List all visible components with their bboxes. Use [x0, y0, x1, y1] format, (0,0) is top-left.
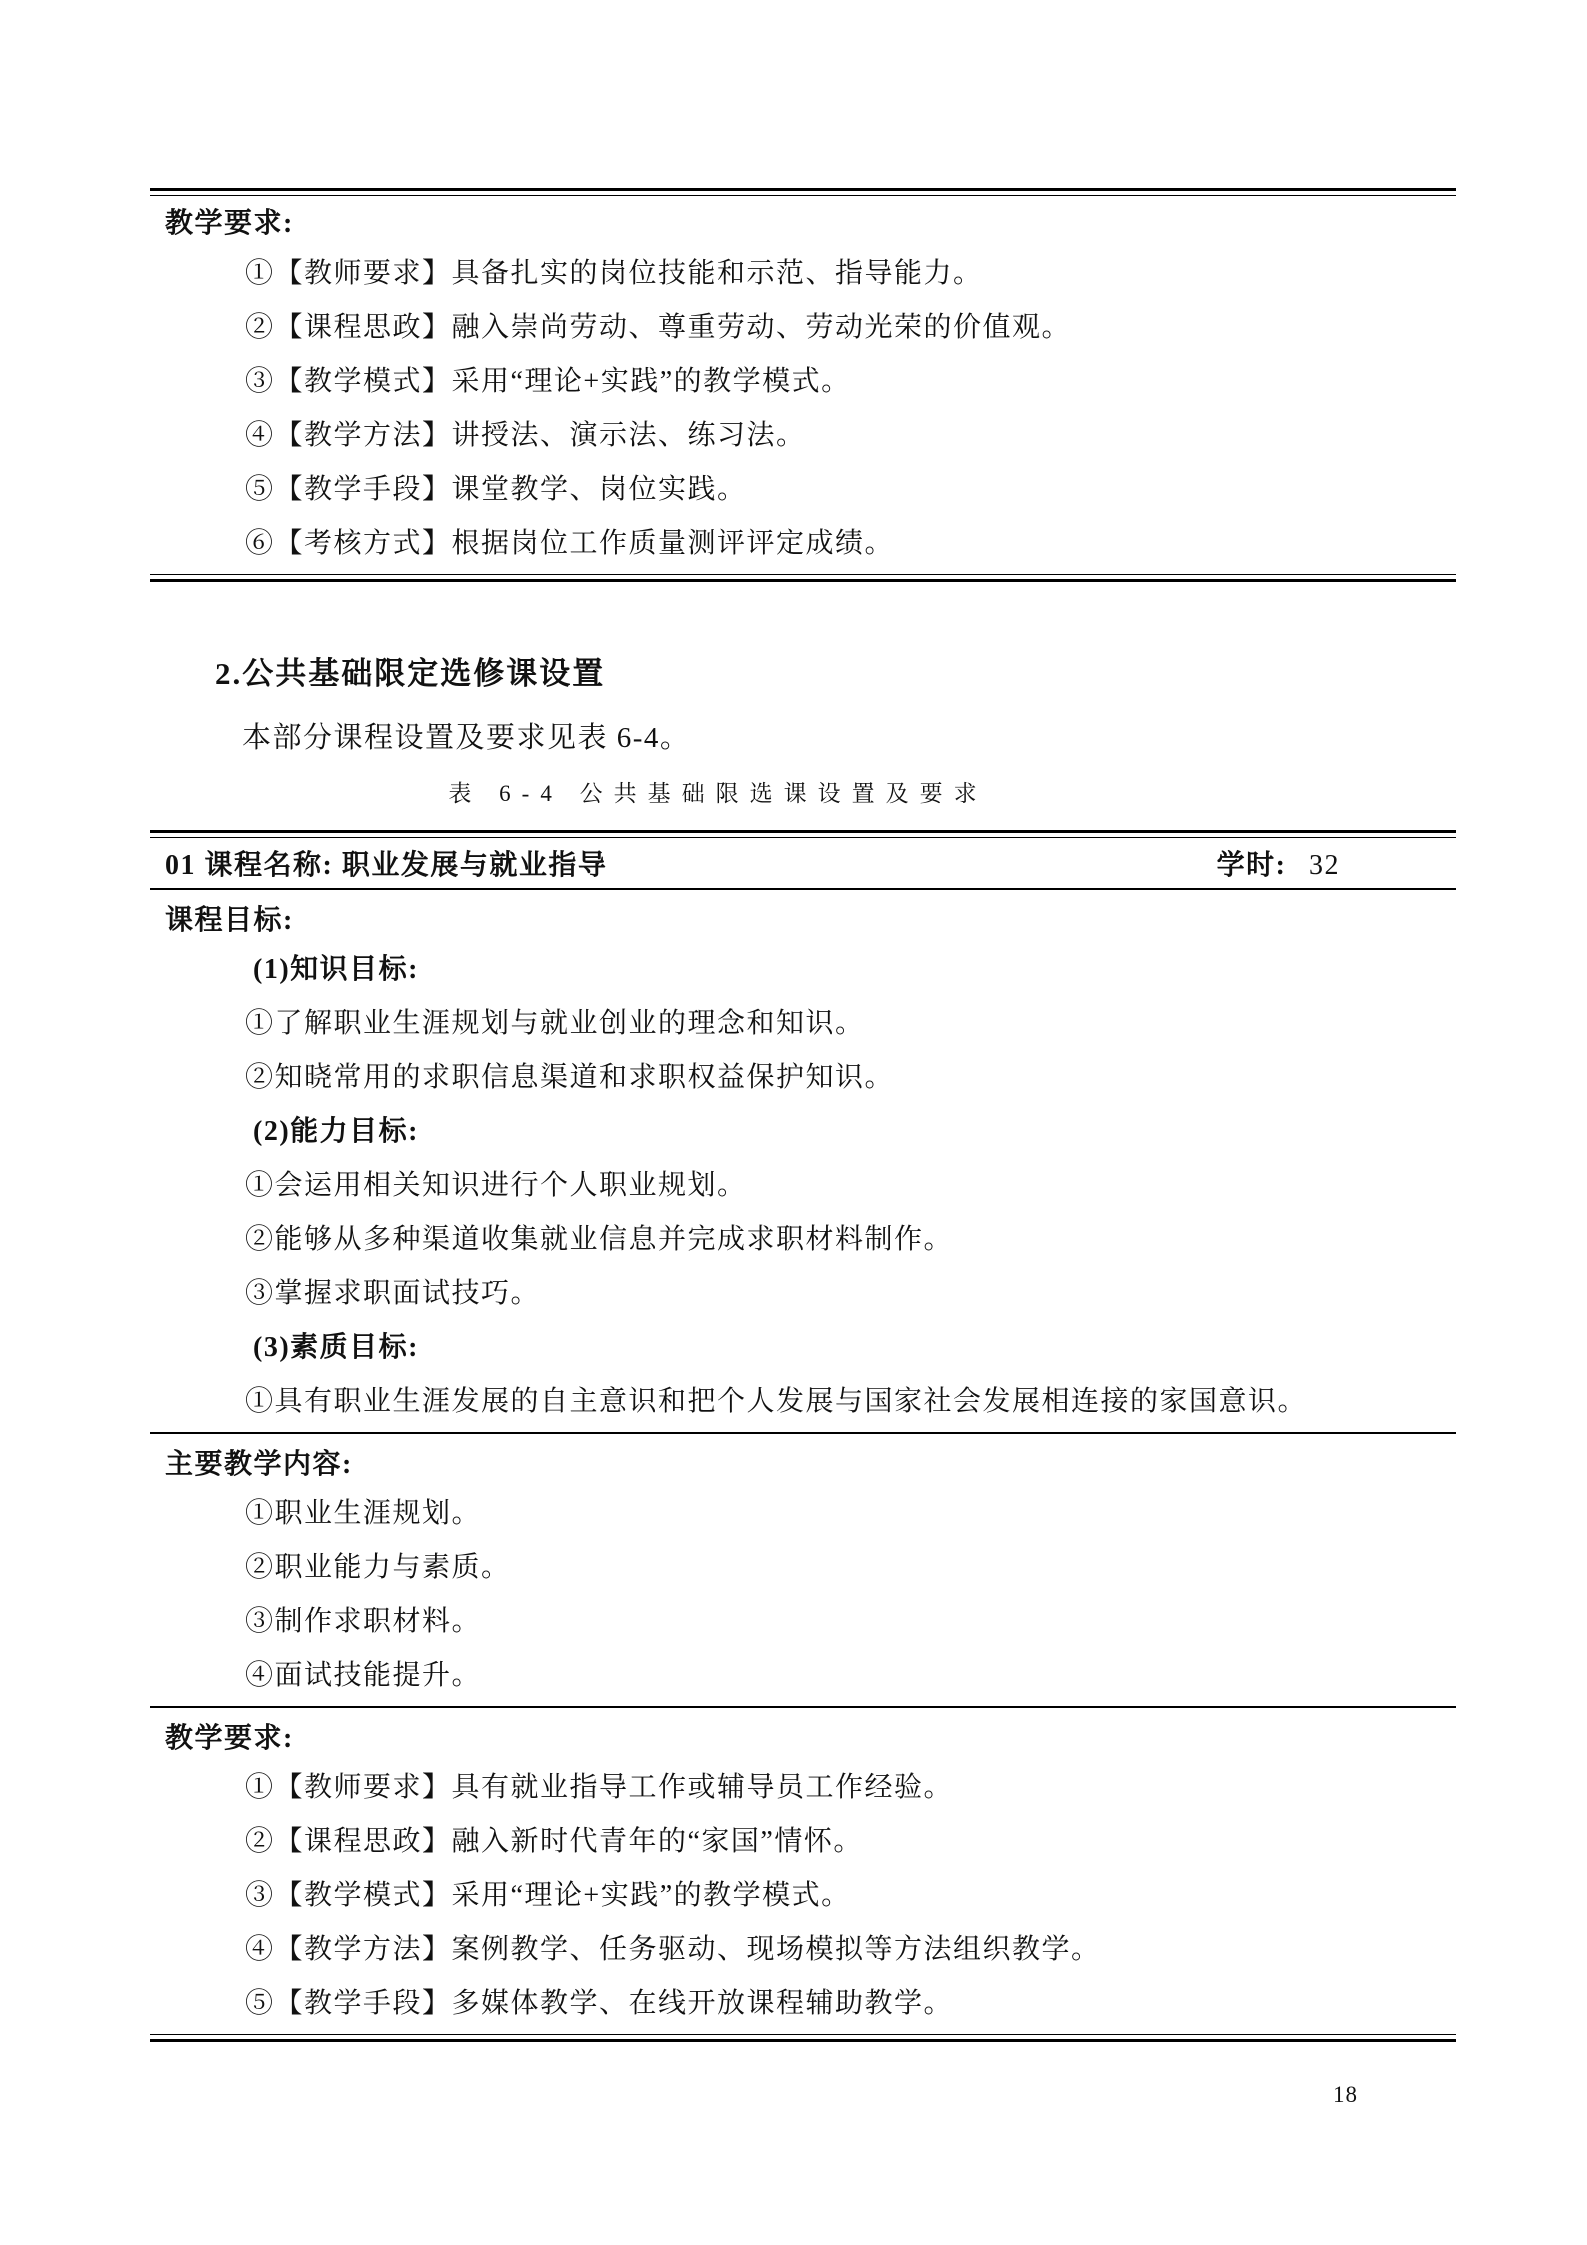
course-label: 01 课程名称:	[165, 850, 333, 881]
list-item: ⑤【教学手段】多媒体教学、在线开放课程辅助教学。	[150, 1974, 1456, 2028]
list-item: ①了解职业生涯规划与就业创业的理念和知识。	[150, 994, 1456, 1048]
list-item: ①会运用相关知识进行个人职业规划。	[150, 1156, 1456, 1210]
document-page: 教学要求: ①【教师要求】具备扎实的岗位技能和示范、指导能力。 ②【课程思政】融…	[0, 0, 1587, 2245]
teaching-requirements-heading: 教学要求:	[150, 198, 1456, 244]
objectives-subheading: (1)知识目标:	[150, 940, 1456, 994]
list-item: ⑤【教学手段】课堂教学、岗位实践。	[150, 460, 1456, 514]
list-item: ③【教学模式】采用“理论+实践”的教学模式。	[150, 352, 1456, 406]
section-title: 2.公共基础限定选修课设置	[150, 656, 1456, 692]
list-item: ③掌握求职面试技巧。	[150, 1264, 1456, 1318]
list-item: ①具有职业生涯发展的自主意识和把个人发展与国家社会发展相连接的家国意识。	[150, 1372, 1456, 1426]
objectives-heading: 课程目标:	[150, 896, 1456, 940]
list-item: ④【教学方法】案例教学、任务驱动、现场模拟等方法组织教学。	[150, 1920, 1456, 1974]
objectives-subheading: (3)素质目标:	[150, 1318, 1456, 1372]
list-item: ①职业生涯规划。	[150, 1484, 1456, 1538]
table-bottom-border	[150, 2034, 1456, 2042]
table-caption: 表 6-4 公共基础限选课设置及要求	[150, 780, 1456, 808]
list-item: ②能够从多种渠道收集就业信息并完成求职材料制作。	[150, 1210, 1456, 1264]
table-bottom-border	[150, 574, 1456, 582]
prev-table-teaching-requirements: 教学要求: ①【教师要求】具备扎实的岗位技能和示范、指导能力。 ②【课程思政】融…	[150, 196, 1456, 574]
list-item: ③【教学模式】采用“理论+实践”的教学模式。	[150, 1866, 1456, 1920]
page-number: 18	[1333, 2082, 1358, 2108]
course-header-row: 01 课程名称: 职业发展与就业指导 学时: 32	[150, 838, 1456, 888]
hours-label: 学时:	[1217, 850, 1287, 881]
list-item: ③制作求职材料。	[150, 1592, 1456, 1646]
hours-value: 32	[1295, 850, 1340, 881]
list-item: ⑥【考核方式】根据岗位工作质量测评评定成绩。	[150, 514, 1456, 568]
list-item: ④面试技能提升。	[150, 1646, 1456, 1700]
table-continued-top-border	[150, 188, 1456, 196]
course-hours-cell: 学时: 32	[1217, 843, 1456, 883]
section-intro: 本部分课程设置及要求见表 6-4。	[150, 720, 1456, 756]
teaching-requirements-heading: 教学要求:	[150, 1714, 1456, 1758]
teaching-requirements-row: 教学要求: ①【教师要求】具有就业指导工作或辅导员工作经验。 ②【课程思政】融入…	[150, 1708, 1456, 2034]
teaching-content-row: 主要教学内容: ①职业生涯规划。 ②职业能力与素质。 ③制作求职材料。 ④面试技…	[150, 1434, 1456, 1706]
list-item: ①【教师要求】具备扎实的岗位技能和示范、指导能力。	[150, 244, 1456, 298]
objectives-subheading: (2)能力目标:	[150, 1102, 1456, 1156]
list-item: ②【课程思政】融入新时代青年的“家国”情怀。	[150, 1812, 1456, 1866]
teaching-content-heading: 主要教学内容:	[150, 1440, 1456, 1484]
table-top-border	[150, 830, 1456, 838]
page-content: 教学要求: ①【教师要求】具备扎实的岗位技能和示范、指导能力。 ②【课程思政】融…	[150, 0, 1456, 2042]
list-item: ②职业能力与素质。	[150, 1538, 1456, 1592]
list-item: ①【教师要求】具有就业指导工作或辅导员工作经验。	[150, 1758, 1456, 1812]
course-objectives-row: 课程目标: (1)知识目标: ①了解职业生涯规划与就业创业的理念和知识。 ②知晓…	[150, 890, 1456, 1432]
list-item: ②【课程思政】融入崇尚劳动、尊重劳动、劳动光荣的价值观。	[150, 298, 1456, 352]
list-item: ②知晓常用的求职信息渠道和求职权益保护知识。	[150, 1048, 1456, 1102]
course-name: 职业发展与就业指导	[342, 850, 608, 881]
list-item: ④【教学方法】讲授法、演示法、练习法。	[150, 406, 1456, 460]
course-name-cell: 01 课程名称: 职业发展与就业指导	[150, 843, 607, 883]
